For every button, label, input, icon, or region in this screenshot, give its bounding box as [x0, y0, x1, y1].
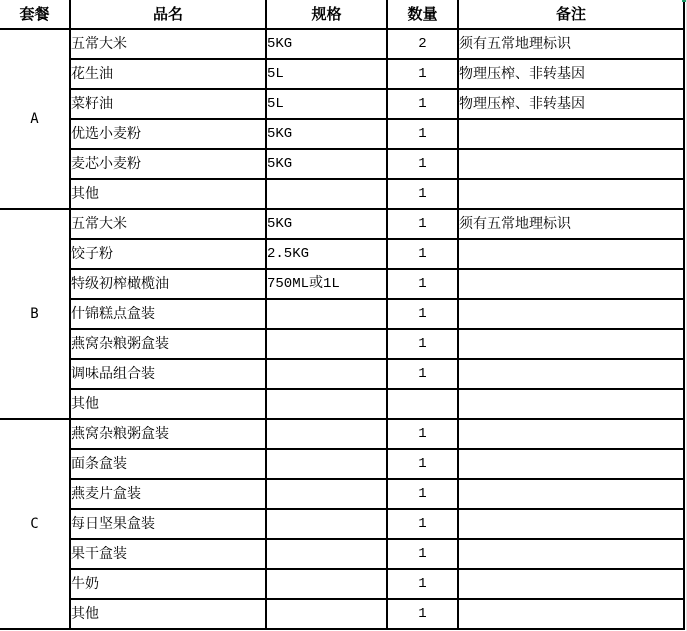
- spec-cell[interactable]: 750ML或1L: [266, 269, 387, 299]
- note-cell[interactable]: [458, 539, 684, 569]
- spec-cell[interactable]: [266, 419, 387, 449]
- name-cell[interactable]: 燕窝杂粮粥盒装: [70, 329, 266, 359]
- note-cell[interactable]: [458, 179, 684, 209]
- spec-cell[interactable]: [266, 479, 387, 509]
- qty-cell[interactable]: 1: [387, 569, 458, 599]
- table-row: 调味品组合装 1: [0, 359, 684, 389]
- qty-cell[interactable]: 1: [387, 89, 458, 119]
- table-row: 饺子粉 2.5KG 1: [0, 239, 684, 269]
- qty-cell[interactable]: 1: [387, 149, 458, 179]
- spec-cell[interactable]: [266, 179, 387, 209]
- table-row: 其他 1: [0, 599, 684, 629]
- note-cell[interactable]: [458, 509, 684, 539]
- spec-cell[interactable]: [266, 329, 387, 359]
- qty-cell[interactable]: 1: [387, 599, 458, 629]
- table-row: 菜籽油 5L 1 物理压榨、非转基因: [0, 89, 684, 119]
- package-cell-b[interactable]: B: [0, 209, 70, 419]
- table-row: 麦芯小麦粉 5KG 1: [0, 149, 684, 179]
- name-cell[interactable]: 燕窝杂粮粥盒装: [70, 419, 266, 449]
- table-row: 什锦糕点盒装 1: [0, 299, 684, 329]
- name-cell[interactable]: 燕麦片盒装: [70, 479, 266, 509]
- spec-cell[interactable]: [266, 359, 387, 389]
- note-cell[interactable]: [458, 299, 684, 329]
- name-cell[interactable]: 五常大米: [70, 209, 266, 239]
- note-cell[interactable]: [458, 569, 684, 599]
- note-cell[interactable]: 须有五常地理标识: [458, 209, 684, 239]
- table-row: 其他: [0, 389, 684, 419]
- qty-cell[interactable]: 1: [387, 239, 458, 269]
- qty-cell[interactable]: 1: [387, 359, 458, 389]
- header-name[interactable]: 品名: [70, 0, 266, 29]
- note-cell[interactable]: [458, 419, 684, 449]
- table-row: 特级初榨橄榄油 750ML或1L 1: [0, 269, 684, 299]
- table-row: 面条盒装 1: [0, 449, 684, 479]
- header-spec[interactable]: 规格: [266, 0, 387, 29]
- qty-cell[interactable]: 1: [387, 209, 458, 239]
- spec-cell[interactable]: 5KG: [266, 149, 387, 179]
- spec-cell[interactable]: [266, 569, 387, 599]
- note-cell[interactable]: [458, 149, 684, 179]
- note-cell[interactable]: [458, 449, 684, 479]
- header-row: 套餐 品名 规格 数量 备注: [0, 0, 684, 29]
- name-cell[interactable]: 优选小麦粉: [70, 119, 266, 149]
- spec-cell[interactable]: 5KG: [266, 119, 387, 149]
- note-cell[interactable]: [458, 479, 684, 509]
- name-cell[interactable]: 果干盒装: [70, 539, 266, 569]
- note-cell[interactable]: [458, 389, 684, 419]
- name-cell[interactable]: 麦芯小麦粉: [70, 149, 266, 179]
- note-cell[interactable]: [458, 329, 684, 359]
- table-row: 燕麦片盒装 1: [0, 479, 684, 509]
- spec-cell[interactable]: 5L: [266, 89, 387, 119]
- table-row: 果干盒装 1: [0, 539, 684, 569]
- selection-handle[interactable]: [682, 0, 686, 2]
- name-cell[interactable]: 菜籽油: [70, 89, 266, 119]
- qty-cell[interactable]: 2: [387, 29, 458, 59]
- table-row: 燕窝杂粮粥盒装 1: [0, 329, 684, 359]
- spec-cell[interactable]: [266, 299, 387, 329]
- package-cell-c[interactable]: C: [0, 419, 70, 629]
- note-cell[interactable]: 物理压榨、非转基因: [458, 89, 684, 119]
- qty-cell[interactable]: 1: [387, 509, 458, 539]
- qty-cell[interactable]: 1: [387, 299, 458, 329]
- spec-cell[interactable]: 2.5KG: [266, 239, 387, 269]
- name-cell[interactable]: 饺子粉: [70, 239, 266, 269]
- table-row: B 五常大米 5KG 1 须有五常地理标识: [0, 209, 684, 239]
- qty-cell[interactable]: 1: [387, 269, 458, 299]
- package-spec-table: 套餐 品名 规格 数量 备注 A 五常大米 5KG 2 须有五常地理标识 花生油…: [0, 0, 685, 630]
- table-row: 优选小麦粉 5KG 1: [0, 119, 684, 149]
- name-cell[interactable]: 面条盒装: [70, 449, 266, 479]
- name-cell[interactable]: 其他: [70, 599, 266, 629]
- name-cell[interactable]: 特级初榨橄榄油: [70, 269, 266, 299]
- note-cell[interactable]: [458, 269, 684, 299]
- spec-cell[interactable]: 5KG: [266, 209, 387, 239]
- qty-cell[interactable]: 1: [387, 449, 458, 479]
- table-row: A 五常大米 5KG 2 须有五常地理标识: [0, 29, 684, 59]
- header-qty[interactable]: 数量: [387, 0, 458, 29]
- header-note[interactable]: 备注: [458, 0, 684, 29]
- note-cell[interactable]: [458, 119, 684, 149]
- note-cell[interactable]: 物理压榨、非转基因: [458, 59, 684, 89]
- header-package[interactable]: 套餐: [0, 0, 70, 29]
- table-row: 花生油 5L 1 物理压榨、非转基因: [0, 59, 684, 89]
- name-cell[interactable]: 调味品组合装: [70, 359, 266, 389]
- name-cell[interactable]: 五常大米: [70, 29, 266, 59]
- qty-cell[interactable]: 1: [387, 479, 458, 509]
- table-row: 其他 1: [0, 179, 684, 209]
- qty-cell[interactable]: 1: [387, 59, 458, 89]
- spec-cell[interactable]: [266, 539, 387, 569]
- note-cell[interactable]: 须有五常地理标识: [458, 29, 684, 59]
- spec-cell[interactable]: 5KG: [266, 29, 387, 59]
- name-cell[interactable]: 其他: [70, 389, 266, 419]
- note-cell[interactable]: [458, 359, 684, 389]
- name-cell[interactable]: 什锦糕点盒装: [70, 299, 266, 329]
- qty-cell[interactable]: [387, 389, 458, 419]
- spec-cell[interactable]: 5L: [266, 59, 387, 89]
- note-cell[interactable]: [458, 239, 684, 269]
- name-cell[interactable]: 其他: [70, 179, 266, 209]
- spec-cell[interactable]: [266, 599, 387, 629]
- qty-cell[interactable]: 1: [387, 329, 458, 359]
- qty-cell[interactable]: 1: [387, 419, 458, 449]
- spec-cell[interactable]: [266, 389, 387, 419]
- spec-cell[interactable]: [266, 449, 387, 479]
- table-row: C 燕窝杂粮粥盒装 1: [0, 419, 684, 449]
- table-row: 牛奶 1: [0, 569, 684, 599]
- name-cell[interactable]: 花生油: [70, 59, 266, 89]
- table-row: 每日坚果盒装 1: [0, 509, 684, 539]
- qty-cell[interactable]: 1: [387, 539, 458, 569]
- name-cell[interactable]: 每日坚果盒装: [70, 509, 266, 539]
- qty-cell[interactable]: 1: [387, 179, 458, 209]
- spec-cell[interactable]: [266, 509, 387, 539]
- qty-cell[interactable]: 1: [387, 119, 458, 149]
- name-cell[interactable]: 牛奶: [70, 569, 266, 599]
- note-cell[interactable]: [458, 599, 684, 629]
- package-cell-a[interactable]: A: [0, 29, 70, 209]
